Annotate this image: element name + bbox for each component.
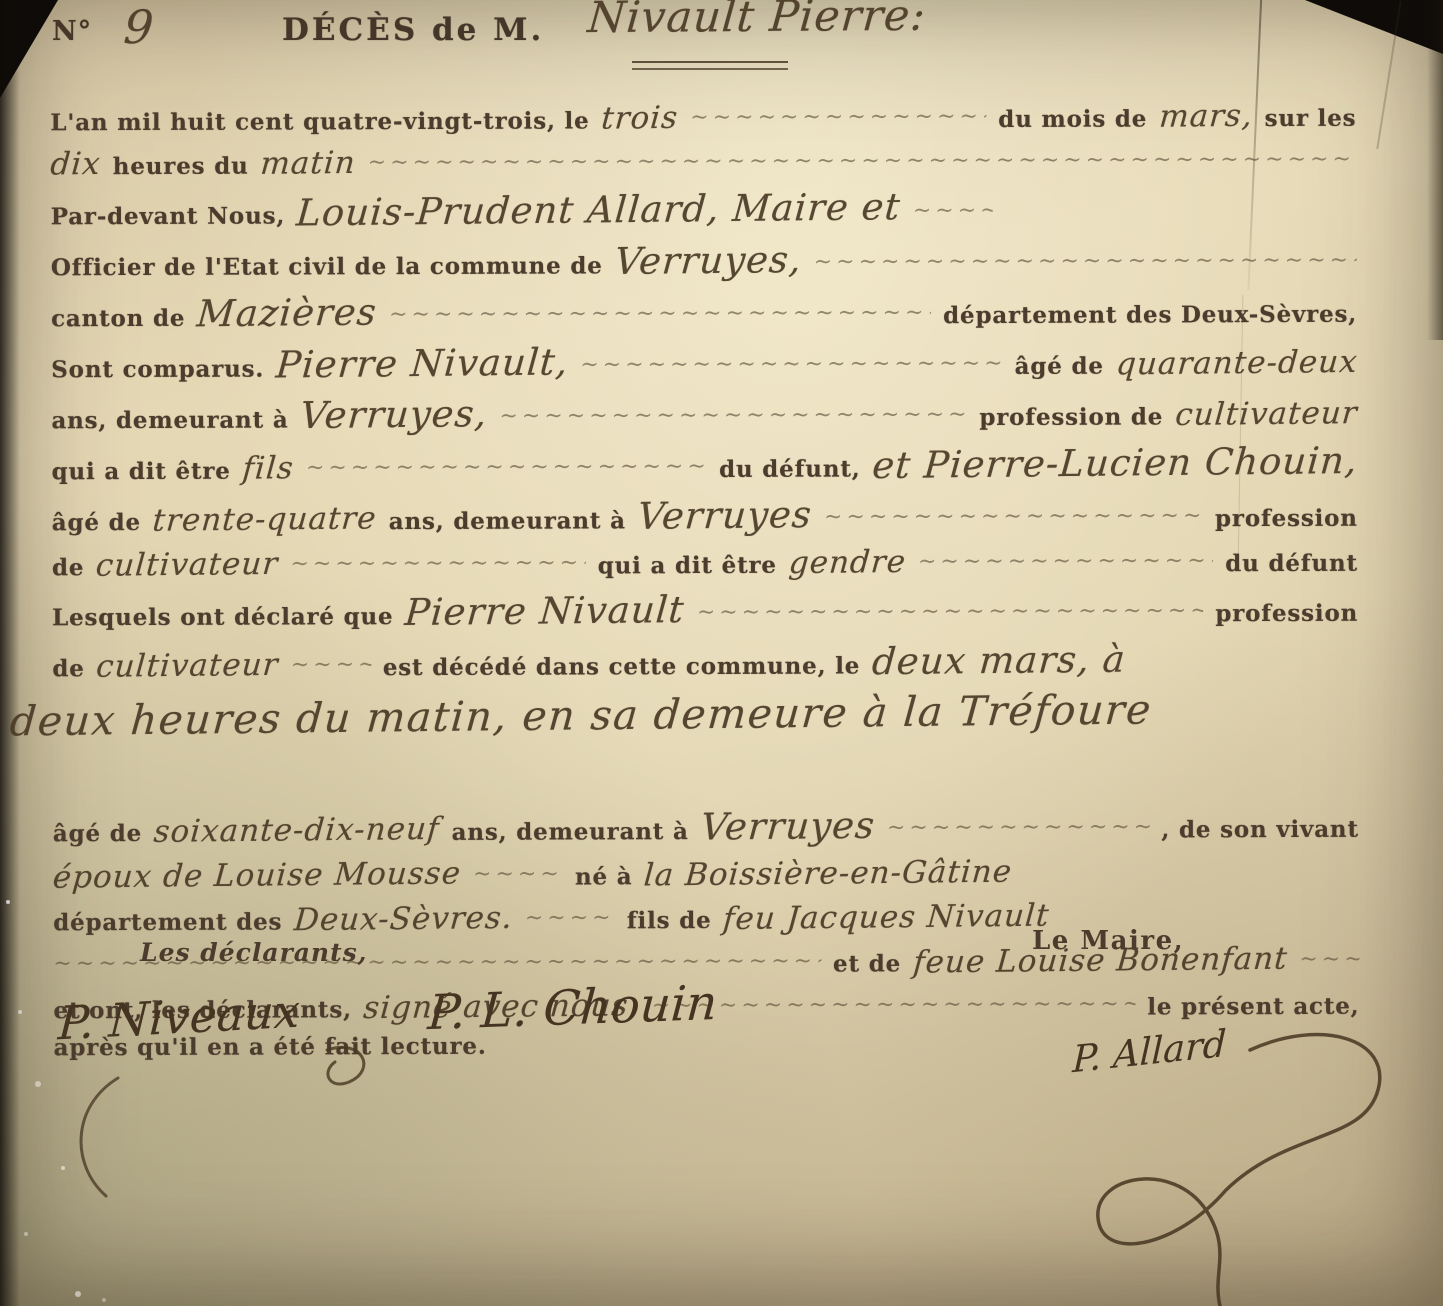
ink-squiggle: ~~~~~~~~~~~~~~~~~~~~~~~~~~~~~~~~~~~~~~~~…	[306, 454, 707, 480]
printed-text: profession	[1215, 600, 1358, 627]
handwritten-text: la Boissière-en-Gâtine	[643, 854, 1014, 894]
document-line: qui a dit êtrefils~~~~~~~~~~~~~~~~~~~~~~…	[52, 441, 1358, 489]
handwritten-text: Deux-Sèvres.	[293, 900, 515, 938]
handwritten-text: cultivateur	[95, 546, 280, 584]
printed-text: canton de	[51, 305, 185, 332]
handwritten-text: matin	[259, 145, 357, 182]
printed-text: département des Deux-Sèvres,	[943, 301, 1357, 329]
ink-squiggle: ~~~~~~~~~~~~~~~~~~~~~~~~~~~~~~~~~~~~~~~~…	[814, 248, 1357, 275]
printed-text: de	[52, 554, 84, 581]
document-line: Par-devant Nous,Louis-Prudent Allard, Ma…	[51, 186, 1357, 234]
document-line: âgé desoixante-dix-neufans, demeurant àV…	[53, 803, 1359, 851]
handwritten-text: fils	[241, 450, 295, 487]
printed-text: du défunt	[1225, 550, 1358, 577]
handwritten-text: et Pierre-Lucien Chouin,	[871, 439, 1360, 487]
handwritten-text: Verruyes,	[299, 392, 489, 437]
handwritten-text: trente-quatre	[151, 500, 378, 538]
printed-text: L'an mil huit cent quatre-vingt-trois, l…	[50, 107, 589, 136]
ink-squiggle: ~~~~~~~~~~~~~~~~~~~~~~~~~~~~~~~~~~~~~~~~…	[389, 300, 931, 327]
document-line: Lesquels ont déclaré quePierre Nivault~~…	[52, 587, 1358, 635]
printed-text: qui a dit être	[52, 458, 231, 486]
ink-stray-curve	[62, 1072, 132, 1202]
ink-squiggle: ~~~~~~~~~~~~~~~~~~~~~~~~~~~~~~~~~~~~~~~~…	[887, 814, 1150, 840]
deceased-name-handwritten: Nivault Pierre:	[586, 0, 928, 43]
printed-text: heures du	[113, 153, 249, 180]
declarants-label: Les déclarants,	[140, 938, 367, 967]
ink-squiggle: ~~~~~~~~~~~~~~~~~~~~~~~~~~~~~~~~~~~~~~~~…	[368, 147, 1357, 175]
signature-flourish-small	[315, 1042, 385, 1102]
printed-text: , de son vivant	[1161, 816, 1359, 844]
ink-squiggle: ~~~~~~~~~~~~~~~~~~~~~~~~~~~~~~~~~~~~~~~~…	[580, 351, 1002, 377]
ink-squiggle: ~~~~~~~~~~~~~~~~~~~~~~~~~~~~~~~~~~~~~~~~…	[1299, 947, 1359, 972]
paper-sparkles	[6, 900, 10, 904]
printed-text: est décédé dans cette commune, le	[383, 652, 860, 681]
printed-text: Lesquels ont déclaré que	[52, 603, 393, 631]
document-line: L'an mil huit cent quatre-vingt-trois, l…	[50, 98, 1356, 139]
signature-declarant-2: P. L. Chouin	[426, 975, 719, 1041]
mayor-label: Le Maire,	[1032, 926, 1184, 956]
handwritten-text: gendre	[787, 544, 907, 581]
handwritten-text: Mazières	[196, 291, 379, 336]
handwritten-text: quarante-deux	[1114, 344, 1358, 383]
ink-squiggle: ~~~~~~~~~~~~~~~~~~~~~~~~~~~~~~~~~~~~~~~~…	[913, 198, 993, 223]
handwritten-text: soixante-dix-neuf	[153, 811, 442, 850]
document-line: decultivateur~~~~~~~~~~~~~~~~~~~~~~~~~~~…	[52, 638, 1358, 686]
ink-squiggle: ~~~~~~~~~~~~~~~~~~~~~~~~~~~~~~~~~~~~~~~~…	[824, 503, 1203, 529]
document-title: DÉCÈS de M.	[282, 12, 544, 48]
printed-text: ans, demeurant à	[452, 818, 689, 846]
printed-text: âgé de	[52, 509, 141, 536]
document-line: canton deMazières~~~~~~~~~~~~~~~~~~~~~~~…	[51, 288, 1357, 336]
document-line: Officier de l'Etat civil de la commune d…	[51, 237, 1357, 285]
printed-text: Officier de l'Etat civil de la commune d…	[51, 252, 603, 281]
ink-squiggle: ~~~~~~~~~~~~~~~~~~~~~~~~~~~~~~~~~~~~~~~~…	[918, 548, 1213, 574]
handwritten-text: feu Jacques Nivault	[722, 898, 1051, 937]
handwritten-text: Verruyes,	[613, 238, 803, 283]
ink-squiggle: ~~~~~~~~~~~~~~~~~~~~~~~~~~~~~~~~~~~~~~~~…	[290, 550, 585, 576]
printed-text: et de	[833, 950, 901, 977]
header-double-rule	[632, 61, 788, 70]
handwritten-text: époux de Louise Mousse	[52, 855, 463, 895]
document-line: ans, demeurant àVerruyes,~~~~~~~~~~~~~~~…	[51, 390, 1357, 438]
handwritten-text: trois	[600, 100, 680, 137]
ink-squiggle: ~~~~~~~~~~~~~~~~~~~~~~~~~~~~~~~~~~~~~~~~…	[473, 861, 563, 886]
handwritten-text: Pierre Nivault	[404, 588, 687, 634]
photo-edge-right	[1427, 0, 1443, 340]
handwritten-text: Verruyes	[636, 493, 814, 538]
document-line: époux de Louise Mousse~~~~~~~~~~~~~~~~~~…	[53, 854, 1359, 895]
printed-text: sur les	[1265, 105, 1357, 132]
handwritten-text: mars,	[1158, 98, 1254, 135]
ink-squiggle: ~~~~~~~~~~~~~~~~~~~~~~~~~~~~~~~~~~~~~~~~…	[291, 652, 371, 677]
ink-squiggle: ~~~~~~~~~~~~~~~~~~~~~~~~~~~~~~~~~~~~~~~~…	[697, 598, 1204, 625]
photo-edge-left	[0, 0, 20, 1306]
printed-text: âgé de	[53, 820, 142, 847]
printed-text: Par-devant Nous,	[51, 202, 286, 230]
printed-text: ans, demeurant à	[389, 507, 626, 535]
printed-text: de	[52, 655, 84, 682]
printed-text: profession de	[979, 403, 1163, 431]
handwritten-text: cultivateur	[1174, 395, 1359, 433]
printed-text: né à	[575, 863, 633, 890]
document-line: âgé detrente-quatreans, demeurant àVerru…	[52, 492, 1358, 540]
printed-text: Sont comparus.	[51, 356, 264, 384]
printed-text: qui a dit être	[598, 552, 777, 580]
printed-text: du défunt,	[719, 455, 861, 482]
document-line: deux heures du matin, en sa demeure à la…	[10, 689, 1358, 748]
record-number-value: 9	[122, 0, 157, 54]
printed-text: département des	[53, 908, 282, 936]
handwritten-text: Louis-Prudent Allard, Maire et	[295, 185, 902, 234]
ink-squiggle: ~~~~~~~~~~~~~~~~~~~~~~~~~~~~~~~~~~~~~~~~…	[525, 905, 615, 930]
ink-squiggle: ~~~~~~~~~~~~~~~~~~~~~~~~~~~~~~~~~~~~~~~~…	[690, 104, 986, 130]
ink-squiggle: ~~~~~~~~~~~~~~~~~~~~~~~~~~~~~~~~~~~~~~~~…	[499, 402, 967, 429]
handwritten-text: cultivateur	[95, 647, 280, 685]
signature-flourish-mayor	[940, 1010, 1440, 1306]
printed-text: du mois de	[998, 105, 1147, 133]
handwritten-text: Verruyes	[699, 804, 877, 849]
printed-text: fils de	[627, 907, 712, 934]
handwritten-text: dix	[49, 146, 102, 183]
document-line: decultivateur~~~~~~~~~~~~~~~~~~~~~~~~~~~…	[52, 543, 1358, 584]
handwritten-text: deux mars, à	[870, 638, 1127, 684]
document-line: Sont comparus.Pierre Nivault,~~~~~~~~~~~…	[51, 339, 1357, 387]
handwritten-text: Pierre Nivault,	[274, 340, 570, 386]
record-number-label: N°	[52, 16, 92, 47]
printed-text: ans, demeurant à	[51, 406, 288, 434]
document-line: dixheures dumatin~~~~~~~~~~~~~~~~~~~~~~~…	[50, 142, 1356, 183]
printed-text: profession	[1215, 505, 1358, 532]
printed-text: âgé de	[1015, 353, 1104, 380]
handwritten-text: deux heures du matin, en sa demeure à la…	[8, 685, 1154, 745]
